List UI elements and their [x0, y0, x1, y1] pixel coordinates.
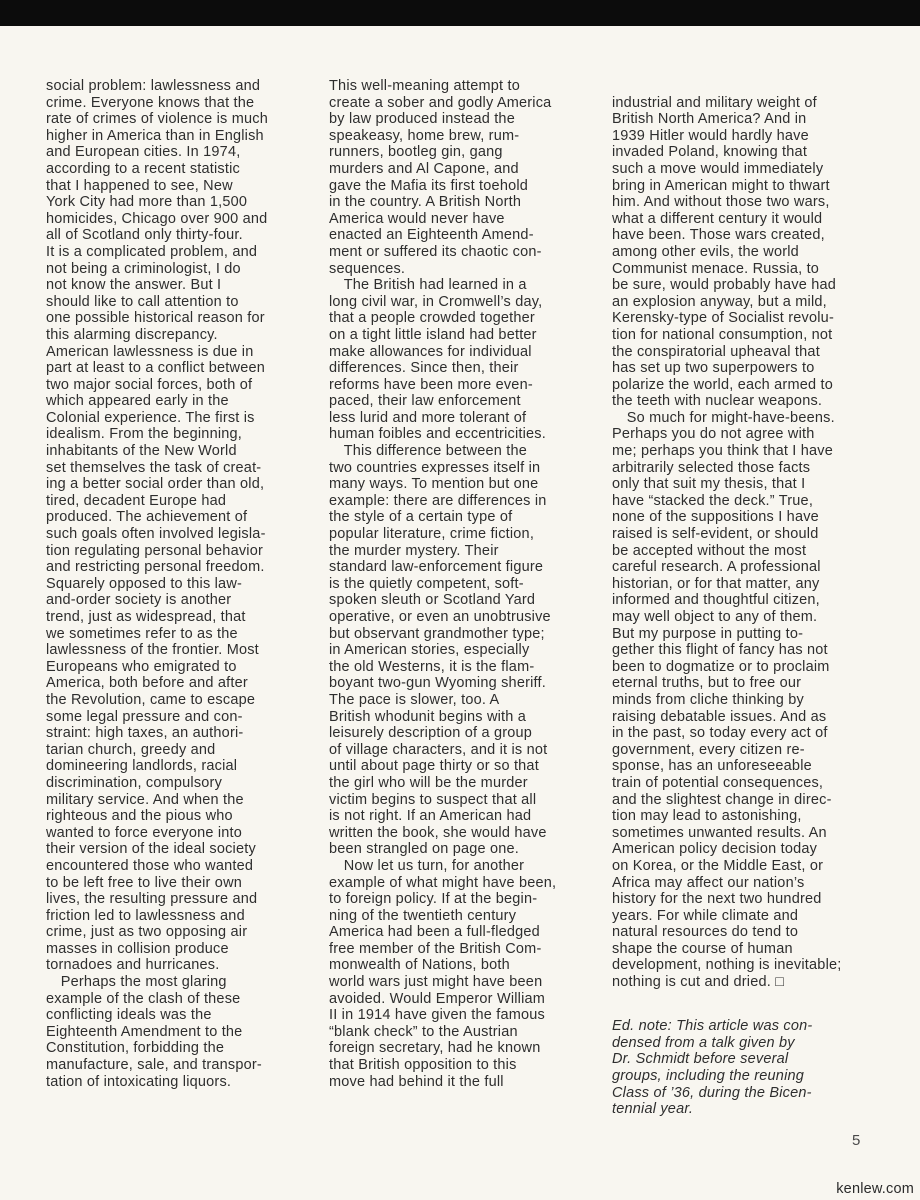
page-number: 5	[852, 1132, 861, 1149]
scan-edge-bar	[0, 0, 920, 26]
watermark: kenlew.com	[836, 1181, 914, 1197]
text-column-2: This well-meaning attempt to create a so…	[329, 78, 595, 1134]
text-column-3: industrial and military weight of Britis…	[612, 78, 878, 1134]
text-column-1: social problem: lawlessness and crime. E…	[46, 78, 312, 1134]
article-body: social problem: lawlessness and crime. E…	[46, 78, 878, 1134]
editor-note: Ed. note: This article was con- densed f…	[612, 1018, 878, 1118]
text-column-3-body: industrial and military weight of Britis…	[612, 95, 878, 991]
